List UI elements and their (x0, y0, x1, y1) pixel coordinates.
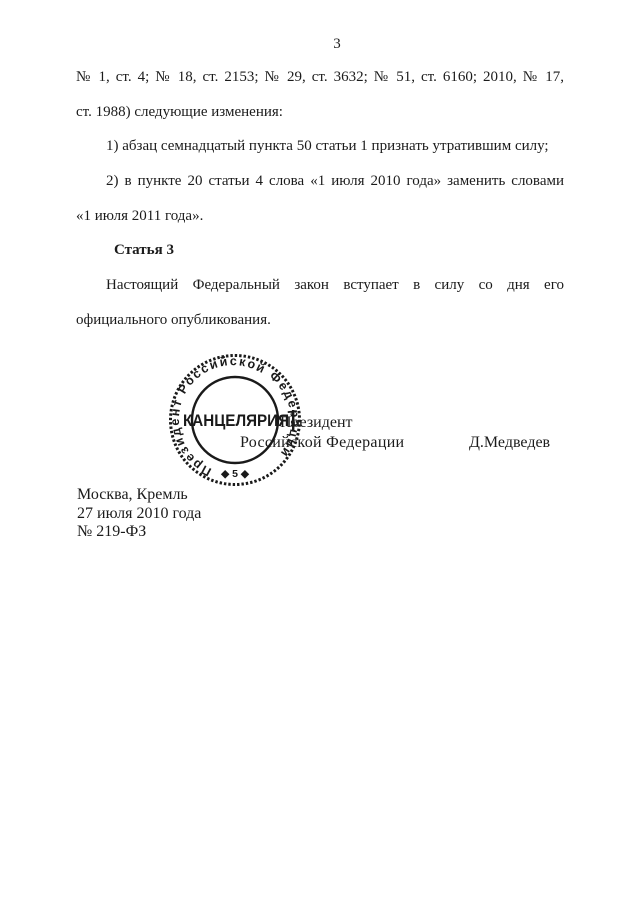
footer-city: Москва, Кремль (77, 486, 201, 505)
chancellery-stamp-icon: Президент Российской Федерации КАНЦЕЛЯРИ… (165, 350, 305, 490)
stamp-center-text: КАНЦЕЛЯРИЯ (183, 411, 289, 430)
signatory-name: Д.Медведев (469, 433, 550, 452)
text-line: № 1, ст. 4; № 18, ст. 2153; № 29, ст. 36… (76, 60, 564, 95)
footer-doc-number: № 219-ФЗ (77, 523, 201, 542)
body-text: № 1, ст. 4; № 18, ст. 2153; № 29, ст. 36… (76, 60, 564, 338)
footer-date: 27 июля 2010 года (77, 505, 201, 524)
text-line: «1 июля 2011 года». (76, 199, 564, 234)
text-line: Статья 3 (76, 233, 564, 268)
stamp-bottom-text: ◆ 5 ◆ (220, 468, 250, 480)
footer-block: Москва, Кремль 27 июля 2010 года № 219-Ф… (77, 486, 201, 542)
text-line: официального опубликования. (76, 303, 564, 338)
text-line: 1) абзац семнадцатый пункта 50 статьи 1 … (76, 129, 564, 164)
page-container: 3 № 1, ст. 4; № 18, ст. 2153; № 29, ст. … (0, 0, 640, 905)
text-line: Настоящий Федеральный закон вступает в с… (76, 268, 564, 303)
text-line: 2) в пункте 20 статьи 4 слова «1 июля 20… (76, 164, 564, 199)
stamp-center-bar (292, 410, 294, 431)
text-line: ст. 1988) следующие изменения: (76, 95, 564, 130)
page-number: 3 (0, 36, 640, 53)
